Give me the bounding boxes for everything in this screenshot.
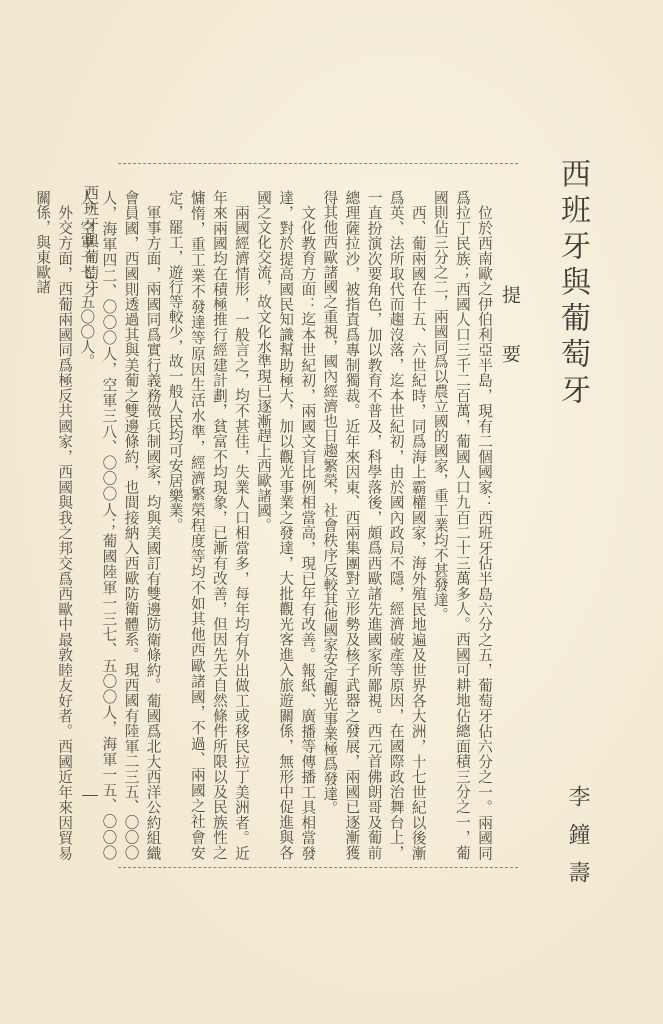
document-page: 西班牙與葡萄牙 提要 李鐘壽 位於西南歐之伊伯利亞半島，現有二個國家：西班牙佔半… xyxy=(0,0,663,1024)
paragraph-history: 西、葡兩國在十五、六世紀時，同爲海上霸權國家，海外殖民地遍及世界各大洲，十七世紀… xyxy=(318,190,428,860)
paragraph-economy: 兩國經濟情形，一般言之，均不甚佳，失業人口相當多，每年均有外出做工或移民拉丁美洲… xyxy=(164,190,252,860)
top-dashed-rule xyxy=(118,163,518,164)
running-head: 西班牙與葡萄牙 xyxy=(80,185,102,297)
author-name: 李鐘壽 xyxy=(562,785,592,899)
paragraph-overview: 位於西南歐之伊伯利亞半島，現有二個國家：西班牙佔半島六分之五，葡萄牙佔六分之一。… xyxy=(429,190,495,860)
page-number xyxy=(82,795,98,796)
article-title: 西班牙與葡萄牙 xyxy=(552,158,592,410)
paragraph-culture: 文化教育方面：迄本世紀初，兩國文盲比例相當高，現已年有改善。報紙、廣播等傳播工具… xyxy=(252,190,318,860)
bottom-dashed-rule xyxy=(118,867,518,868)
section-heading: 提要 xyxy=(498,285,522,403)
paragraph-diplomacy: 外交方面，西葡兩國同爲極反共國家，西國與我之邦交爲西歐中最敦睦友好者。西國近年來… xyxy=(31,190,75,860)
